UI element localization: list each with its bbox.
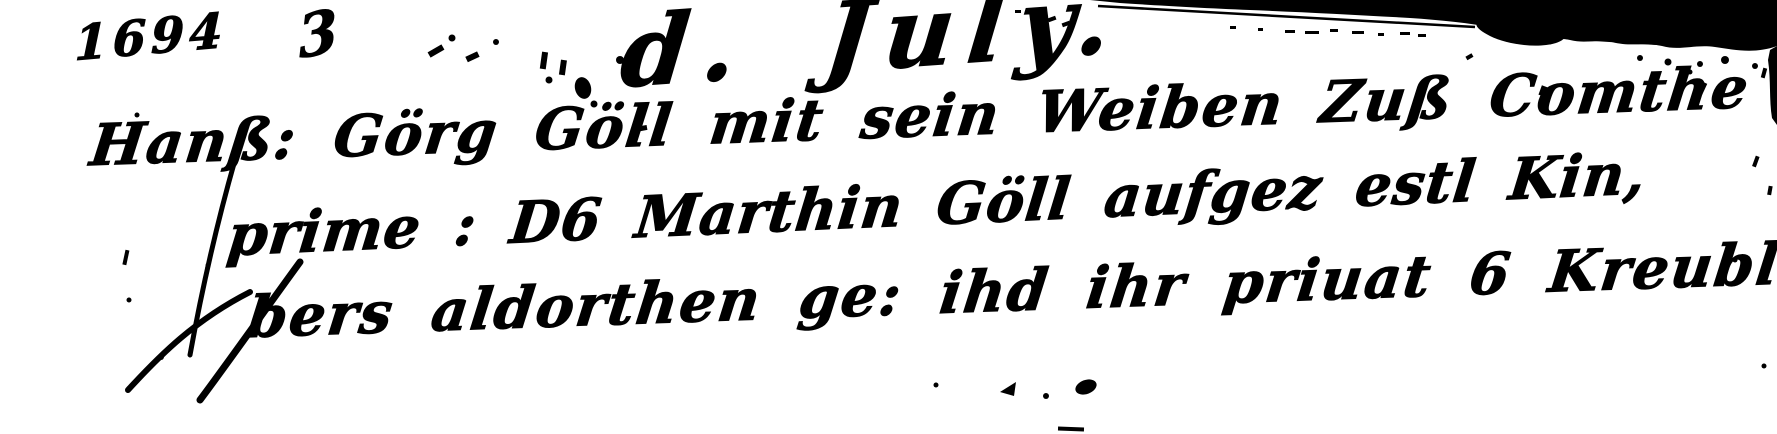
page-edge-blob (1476, 16, 1565, 45)
bottom-speckles (934, 377, 1099, 432)
entry-year: 1694 (74, 3, 228, 73)
document-scan: 1694 3 d. July. Hanß: Görg Göll mit sein… (0, 0, 1777, 434)
page-edge-wedge (1090, 0, 1777, 51)
entry-day: 3 (296, 0, 340, 73)
edge-rule-line-2 (1500, 34, 1688, 46)
page-edge-sliver (1768, 46, 1777, 125)
lead-in-flourishes (128, 160, 300, 400)
edge-rule-line-1 (1098, 6, 1475, 27)
